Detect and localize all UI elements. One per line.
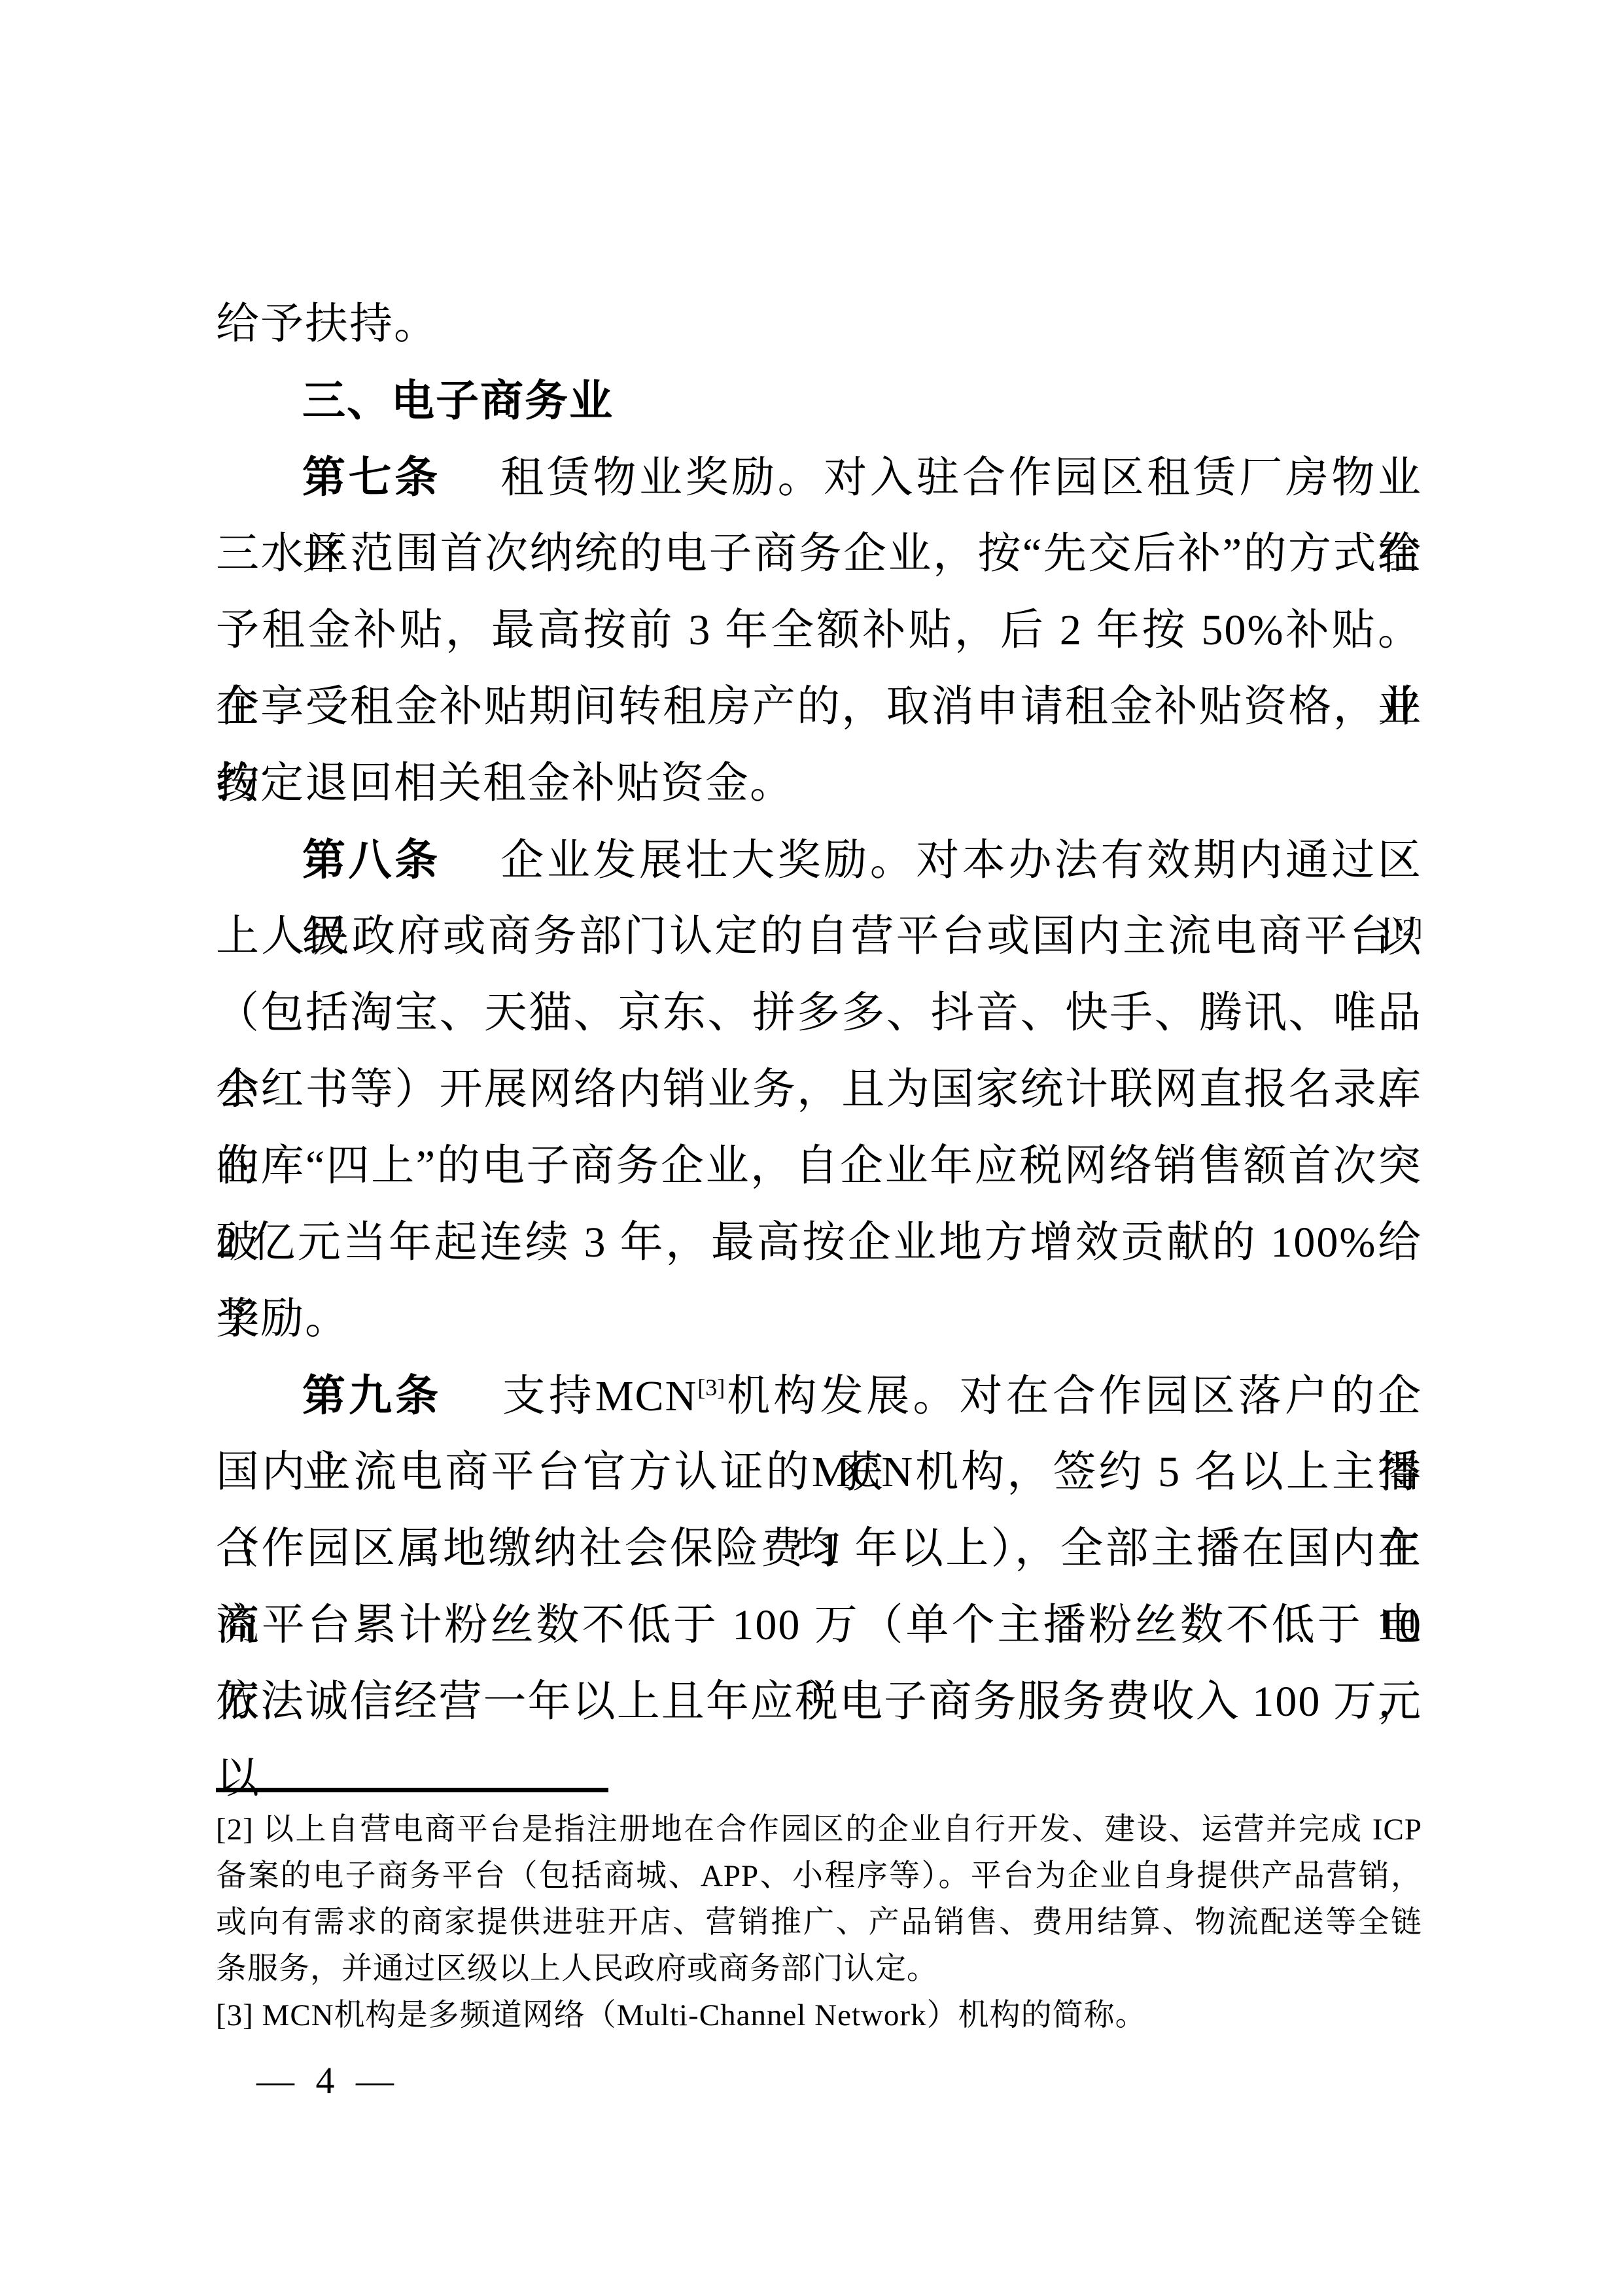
body-text: 给予扶持。三、电子商务业第七条 租赁物业奖励。对入驻合作园区租赁厂房物业并在三水… xyxy=(216,286,1422,1740)
bold-text-run: 第八条 xyxy=(302,835,441,884)
body-line-16: 国内主流电商平台官方认证的MCN机构，签约 5 名以上主播（均在 xyxy=(216,1434,1422,1510)
text-run: 奖励。 xyxy=(216,1295,349,1343)
body-line-15: 第九条 支持MCN[3]机构发展。对在合作园区落户的企业获得 xyxy=(216,1357,1422,1434)
footnote-separator xyxy=(216,1788,608,1792)
footnote-line-2: 备案的电子商务平台（包括商城、APP、小程序等）。平台为企业自身提供产品营销， xyxy=(216,1853,1422,1900)
footnote-line-4: 条服务，并通过区级以上人民政府或商务部门认定。 xyxy=(216,1946,1422,1992)
text-run: 约定退回相关租金补贴资金。 xyxy=(216,759,794,807)
footnote-line-3: 或向有需求的商家提供进驻开店、营销推广、产品销售、费用结算、物流配送等全链 xyxy=(216,1900,1422,1946)
text-run: 支持MCN xyxy=(442,1372,697,1420)
bold-text-run: 第九条 xyxy=(302,1371,442,1419)
footnote-ref: [2] xyxy=(1395,914,1422,941)
body-line-8: 第八条 企业发展壮大奖励。对本办法有效期内通过区级以 xyxy=(216,822,1422,898)
body-line-11: 小红书等）开展网络内销业务，且为国家统计联网直报名录库的 xyxy=(216,1051,1422,1128)
body-line-6: 在享受租金补贴期间转租房产的，取消申请租金补贴资格，并按 xyxy=(216,669,1422,745)
bold-text-run: 三、电子商务业 xyxy=(302,376,614,425)
body-line-13: 2 亿元当年起连续 3 年，最高按企业地方增效贡献的 100%给予 xyxy=(216,1204,1422,1281)
body-line-9: 上人民政府或商务部门认定的自营平台或国内主流电商平台[2] xyxy=(216,898,1422,975)
body-line-10: （包括淘宝、天猫、京东、拼多多、抖音、快手、腾讯、唯品会、 xyxy=(216,975,1422,1051)
footnotes: [2] 以上自营电商平台是指注册地在合作园区的企业自行开发、建设、运营并完成 I… xyxy=(216,1807,1422,2039)
text-run: 给予扶持。 xyxy=(216,300,438,348)
body-line-14: 奖励。 xyxy=(216,1281,1422,1357)
body-line-5: 予租金补贴，最高按前 3 年全额补贴，后 2 年按 50%补贴。企业 xyxy=(216,592,1422,669)
footnote-line-5: [3] MCN机构是多频道网络（Multi-Channel Network）机构… xyxy=(216,1992,1422,2039)
text-run: 依法诚信经营一年以上且年应税电子商务服务费收入 100 万元以 xyxy=(216,1678,1422,1802)
text-run: 上人民政府或商务部门认定的自营平台或国内主流电商平台 xyxy=(216,913,1395,960)
page-number: — 4 — xyxy=(256,2057,395,2104)
body-line-1: 给予扶持。 xyxy=(216,286,1422,362)
body-line-3: 第七条 租赁物业奖励。对入驻合作园区租赁厂房物业并在 xyxy=(216,439,1422,515)
footnote-line-1: [2] 以上自营电商平台是指注册地在合作园区的企业自行开发、建设、运营并完成 I… xyxy=(216,1807,1422,1853)
body-line-18: 商平台累计粉丝数不低于 100 万（单个主播粉丝数不低于 10 万）， xyxy=(216,1587,1422,1663)
body-line-19: 依法诚信经营一年以上且年应税电子商务服务费收入 100 万元以 xyxy=(216,1663,1422,1740)
document-page: 给予扶持。三、电子商务业第七条 租赁物业奖励。对入驻合作园区租赁厂房物业并在三水… xyxy=(0,0,1623,2296)
body-line-2: 三、电子商务业 xyxy=(216,362,1422,439)
footnote-ref: [3] xyxy=(697,1374,725,1400)
body-line-7: 约定退回相关租金补贴资金。 xyxy=(216,745,1422,822)
body-line-12: 在库“四上”的电子商务企业，自企业年应税网络销售额首次突破 xyxy=(216,1128,1422,1204)
body-line-4: 三水区范围首次纳统的电子商务企业，按“先交后补”的方式给 xyxy=(216,515,1422,592)
text-run: 三水区范围首次纳统的电子商务企业，按“先交后补”的方式给 xyxy=(216,530,1422,578)
bold-text-run: 第七条 xyxy=(302,453,441,501)
body-line-17: 合作园区属地缴纳社会保险费 1 年以上），全部主播在国内主流电 xyxy=(216,1510,1422,1587)
